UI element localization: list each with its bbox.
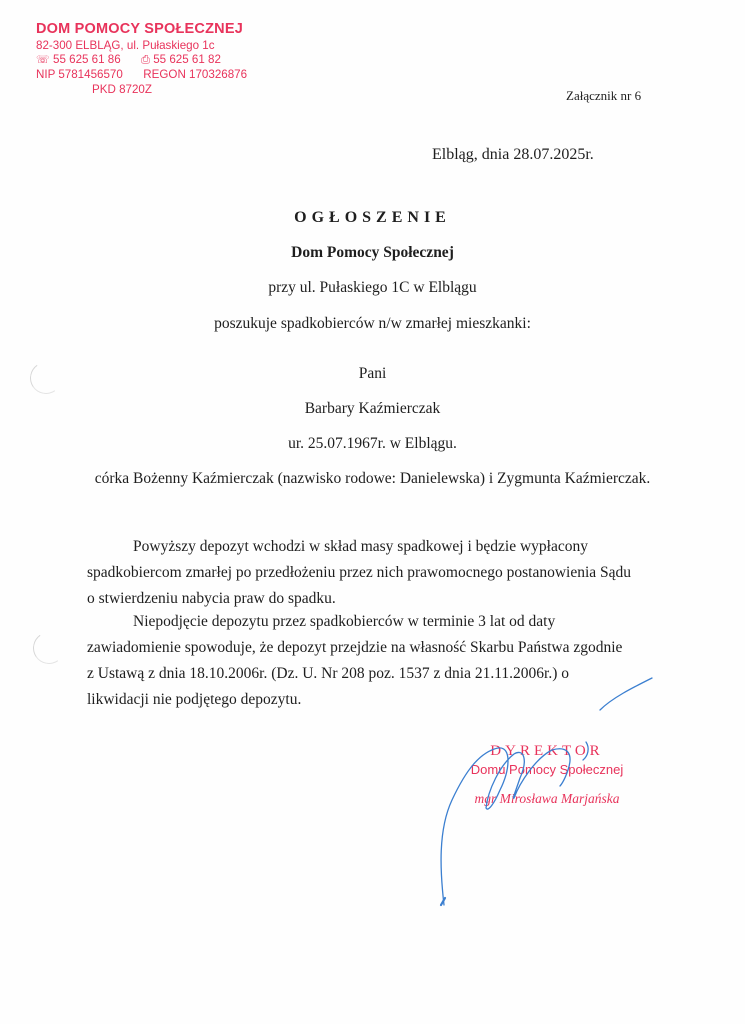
stamp-phone: 55 625 61 86 [53,53,121,66]
body-paragraph-2: Niepodjęcie depozytu przez spadkobierców… [87,609,632,713]
deceased-parents: córka Bożenny Kaźmierczak (nazwisko rodo… [0,470,745,488]
notice-title: OGŁOSZENIE [0,209,745,227]
director-institution: Domu Pomocy Społecznej [454,762,640,777]
fax-icon: ⎙ [141,54,150,66]
director-name: mgr Mirosława Marjańska [454,791,640,807]
notice-address: przy ul. Pułaskiego 1C w Elblągu [0,279,745,297]
handwritten-signature [0,0,745,1024]
institution-stamp: DOM POMOCY SPOŁECZNEJ 82-300 ELBLĄG, ul.… [36,22,247,95]
annex-label: Załącznik nr 6 [566,88,641,104]
telephone-icon: ☏ [36,54,50,66]
director-stamp: DYREKTOR Domu Pomocy Społecznej mgr Miro… [440,744,640,807]
paragraph-2-text: Niepodjęcie depozytu przez spadkobierców… [87,613,622,708]
notice-institution: Dom Pomocy Społecznej [0,244,745,262]
body-paragraph-1: Powyższy depozyt wchodzi w skład masy sp… [87,534,632,612]
place-date: Elbląg, dnia 28.07.2025r. [432,146,594,164]
notice-purpose: poszukuje spadkobierców n/w zmarłej mies… [0,315,745,333]
stamp-fax: 55 625 61 82 [153,53,221,66]
stamp-pkd: PKD 8720Z [36,84,208,96]
punch-hole-mark [30,629,67,666]
notice-salutation: Pani [0,365,745,383]
stamp-nip: NIP 5781456570 [36,68,123,81]
paragraph-1-text: Powyższy depozyt wchodzi w skład masy sp… [87,538,631,607]
stamp-regon: REGON 170326876 [143,68,247,81]
deceased-name: Barbary Kaźmierczak [0,400,745,418]
stamp-ids: NIP 5781456570 REGON 170326876 [36,69,247,81]
deceased-birth: ur. 25.07.1967r. w Elblągu. [0,435,745,453]
director-title: DYREKTOR [454,744,640,759]
stamp-name: DOM POMOCY SPOŁECZNEJ [36,22,247,37]
document-page: DOM POMOCY SPOŁECZNEJ 82-300 ELBLĄG, ul.… [0,0,745,1024]
stamp-contact: ☏ 55 625 61 86 ⎙ 55 625 61 82 [36,54,247,66]
stamp-address: 82-300 ELBLĄG, ul. Pułaskiego 1c [36,40,247,52]
